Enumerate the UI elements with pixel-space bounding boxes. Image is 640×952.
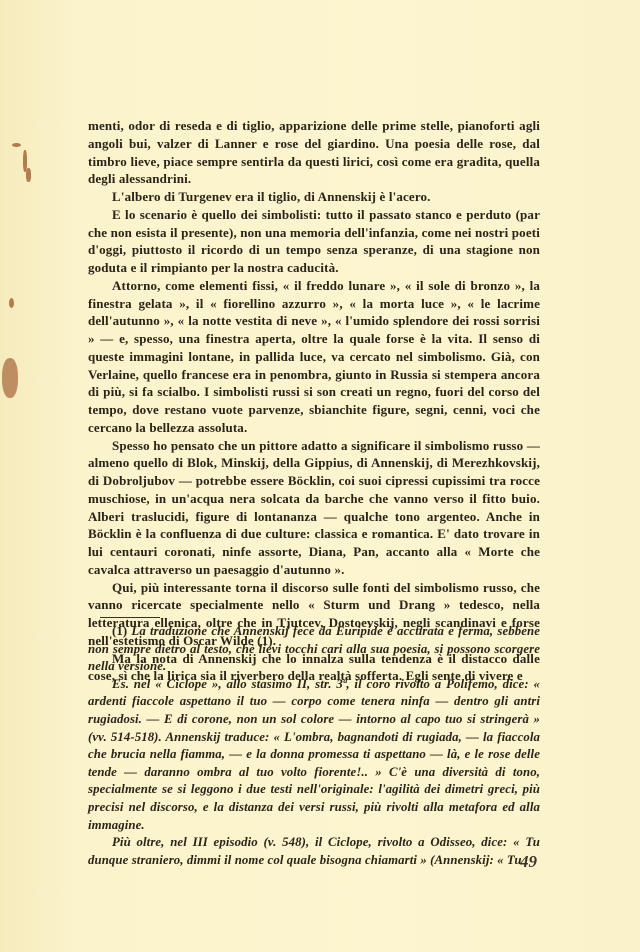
footnotes: (1) La traduzione che Annenskij fece da … (88, 623, 540, 869)
page-number: 49 (520, 852, 537, 872)
margin-stain (12, 143, 21, 147)
paragraph: menti, odor di reseda e di tiglio, appar… (88, 117, 540, 188)
footnote-continuation: Es. nel « Ciclope », allo stasimo II, st… (88, 676, 540, 834)
main-text: menti, odor di reseda e di tiglio, appar… (88, 117, 540, 685)
paragraph: L'albero di Turgenev era il tiglio, di A… (88, 188, 540, 206)
footnote: (1) La traduzione che Annenskij fece da … (88, 623, 540, 676)
margin-stain (26, 168, 31, 182)
margin-stain (9, 298, 14, 308)
paragraph: Spesso ho pensato che un pittore adatto … (88, 437, 540, 579)
footnote-separator (100, 617, 160, 618)
book-page: menti, odor di reseda e di tiglio, appar… (0, 0, 640, 952)
footnote-marker: (1) (112, 624, 127, 638)
paragraph: Attorno, come elementi fissi, « il fredd… (88, 277, 540, 437)
margin-stain (2, 358, 18, 398)
footnote-text: La traduzione che Annenskij fece da Euri… (88, 624, 540, 673)
paragraph: E lo scenario è quello dei simbolisti: t… (88, 206, 540, 277)
footnote-continuation: Più oltre, nel III episodio (v. 548), il… (88, 834, 540, 869)
